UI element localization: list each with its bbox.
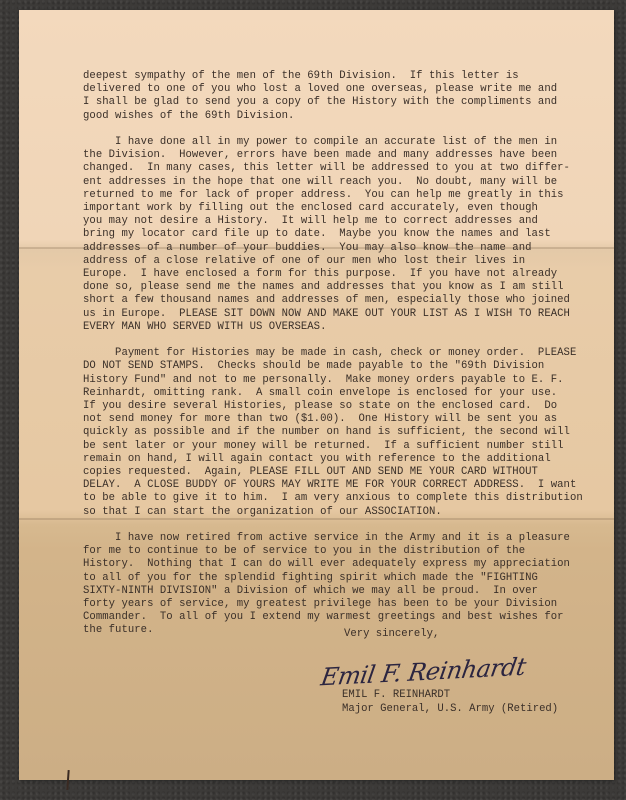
text-line: returned to me for lack of proper addres… [83,189,564,201]
text-line: History. Nothing that I can do will ever… [83,558,570,570]
signer-title: Major General, U.S. Army (Retired) [342,702,558,716]
paragraph: I have done all in my power to compile a… [83,136,583,334]
ink-mark [66,770,69,790]
text-line: Europe. I have enclosed a form for this … [83,268,557,280]
text-line: bring my locator card file up to date. M… [83,228,551,240]
text-line: SIXTY-NINTH DIVISION" a Division of whic… [83,585,538,597]
text-line: I have done all in my power to compile a… [83,136,557,148]
paragraph: I have now retired from active service i… [83,532,583,638]
text-line: addresses of a number of your buddies. Y… [83,242,532,254]
text-line: copies requested. Again, PLEASE FILL OUT… [83,466,538,478]
text-line: History Fund" and not to me personally. … [83,374,564,386]
text-line: I shall be glad to send you a copy of th… [83,96,557,108]
text-line: Commander. To all of you I extend my war… [83,611,564,623]
signer-name: EMIL F. REINHARDT [342,688,558,702]
text-line: to all of you for the splendid fighting … [83,572,538,584]
text-line: ent addresses in the hope that one will … [83,176,557,188]
text-line: remain on hand, I will again contact you… [83,453,551,465]
text-line: delivered to one of you who lost a loved… [83,83,557,95]
text-line: be sent later or your money will be retu… [83,440,564,452]
signer-block: EMIL F. REINHARDT Major General, U.S. Ar… [342,688,558,716]
text-line: not send money for more than two ($1.00)… [83,413,557,425]
text-line: to be able to give it to him. I am very … [83,492,583,504]
closing: Very sincerely, [344,628,439,640]
handwritten-signature: Emil F. Reinhardt [319,653,528,692]
paragraph: Payment for Histories may be made in cas… [83,347,583,519]
text-line: DELAY. A CLOSE BUDDY OF YOURS MAY WRITE … [83,479,576,491]
paragraph: deepest sympathy of the men of the 69th … [83,70,583,123]
text-line: so that I can start the organization of … [83,506,442,518]
text-line: us in Europe. PLEASE SIT DOWN NOW AND MA… [83,308,570,320]
text-line: I have now retired from active service i… [83,532,570,544]
text-line: Payment for Histories may be made in cas… [83,347,576,359]
text-line: EVERY MAN WHO SERVED WITH US OVERSEAS. [83,321,326,333]
letter-body: deepest sympathy of the men of the 69th … [83,70,583,651]
text-line: Reinhardt, omitting rank. A small coin e… [83,387,557,399]
text-line: quickly as possible and if the number on… [83,426,570,438]
text-line: done so, please send me the names and ad… [83,281,564,293]
text-line: you may not desire a History. It will he… [83,215,538,227]
text-line: changed. In many cases, this letter will… [83,162,570,174]
text-line: address of a close relative of one of ou… [83,255,525,267]
text-line: forty years of service, my greatest priv… [83,598,557,610]
text-line: the Division. However, errors have been … [83,149,557,161]
letter-page: deepest sympathy of the men of the 69th … [19,10,614,780]
text-line: the future. [83,624,153,636]
text-line: short a few thousand names and addresses… [83,294,570,306]
text-line: If you desire several Histories, please … [83,400,557,412]
text-line: deepest sympathy of the men of the 69th … [83,70,519,82]
text-line: important work by filling out the enclos… [83,202,538,214]
text-line: for me to continue to be of service to y… [83,545,525,557]
text-line: good wishes of the 69th Division. [83,110,294,122]
text-line: DO NOT SEND STAMPS. Checks should be mad… [83,360,544,372]
